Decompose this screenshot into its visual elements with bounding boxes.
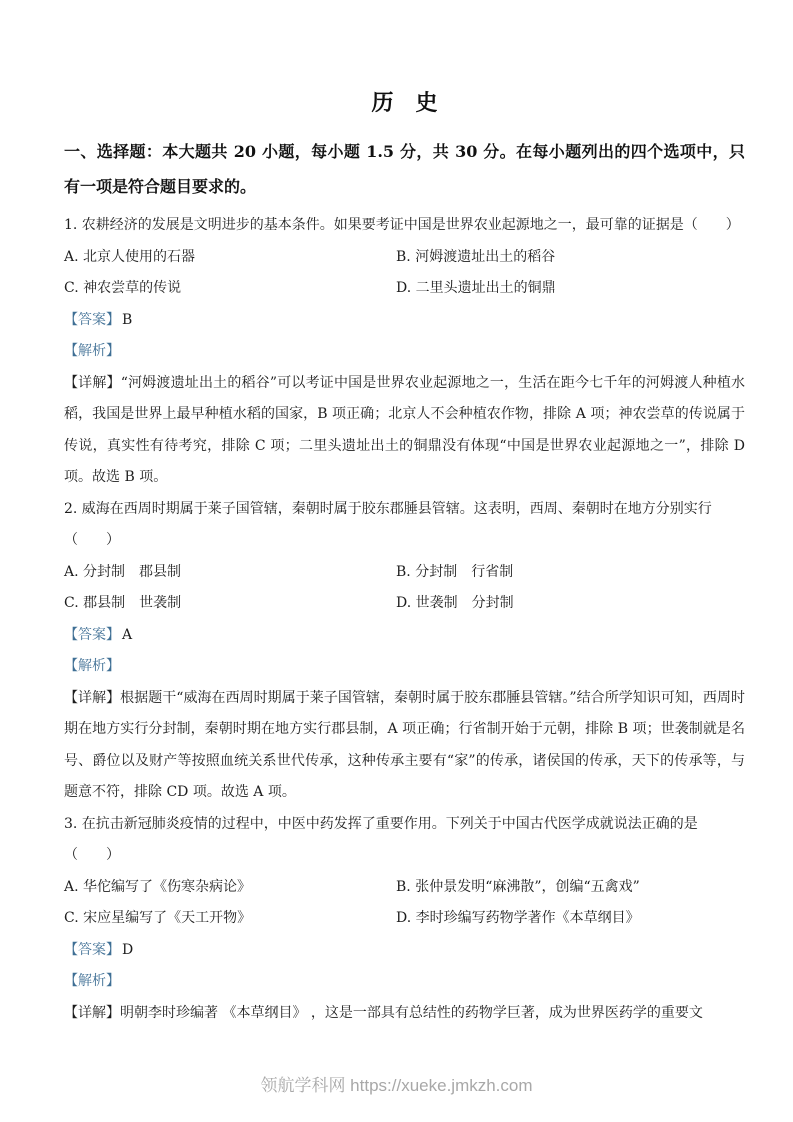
question-1: 1. 农耕经济的发展是文明进步的基本条件。如果要考证中国是世界农业起源地之一，最… [64, 210, 745, 494]
question-2: 2. 威海在西周时期属于莱子国管辖，秦朝时属于胶东郡腄县管辖。这表明，西周、秦朝… [64, 494, 745, 809]
question-3-option-a: A. 华佗编写了《伤寒杂病论》 [64, 872, 396, 904]
question-2-analysis-line: 【解析】 [64, 651, 745, 683]
detail-label: 【详解】 [64, 1005, 120, 1021]
question-3: 3. 在抗击新冠肺炎疫情的过程中，中医中药发挥了重要作用。下列关于中国古代医学成… [64, 809, 745, 1030]
question-1-detail: 【详解】“河姆渡遗址出土的稻谷”可以考证中国是世界农业起源地之一，生活在距今七千… [64, 368, 745, 494]
detail-label: 【详解】 [64, 375, 121, 391]
question-2-options-row-1: A. 分封制 郡县制 B. 分封制 行省制 [64, 557, 745, 589]
section-header: 一、选择题：本大题共 20 小题，每小题 1.5 分，共 30 分。在每小题列出… [64, 134, 745, 204]
question-1-stem: 1. 农耕经济的发展是文明进步的基本条件。如果要考证中国是世界农业起源地之一，最… [64, 210, 745, 242]
question-1-options-row-1: A. 北京人使用的石器 B. 河姆渡遗址出土的稻谷 [64, 242, 745, 274]
question-3-option-b: B. 张仲景发明“麻沸散”，创编“五禽戏” [396, 872, 745, 904]
question-1-answer-value: B [120, 312, 132, 328]
question-3-options-row-1: A. 华佗编写了《伤寒杂病论》 B. 张仲景发明“麻沸散”，创编“五禽戏” [64, 872, 745, 904]
question-2-option-a: A. 分封制 郡县制 [64, 557, 396, 589]
question-1-option-b: B. 河姆渡遗址出土的稻谷 [396, 242, 745, 274]
question-3-answer-line: 【答案】D [64, 935, 745, 967]
question-1-option-c: C. 神农尝草的传说 [64, 273, 396, 305]
question-1-analysis-line: 【解析】 [64, 336, 745, 368]
document-page: 历 史 一、选择题：本大题共 20 小题，每小题 1.5 分，共 30 分。在每… [0, 0, 793, 1122]
watermark: 领航学科网 https://xueke.jmkzh.com [0, 1071, 793, 1096]
question-2-detail-text: 根据题干“威海在西周时期属于莱子国管辖，秦朝时属于胶东郡腄县管辖。”结合所学知识… [64, 690, 745, 801]
answer-label: 【答案】 [64, 627, 120, 643]
question-3-analysis-line: 【解析】 [64, 966, 745, 998]
answer-label: 【答案】 [64, 312, 120, 328]
question-2-answer-value: A [120, 627, 132, 643]
question-2-answer-line: 【答案】A [64, 620, 745, 652]
analysis-label: 【解析】 [64, 973, 120, 989]
question-1-options-row-2: C. 神农尝草的传说 D. 二里头遗址出土的铜鼎 [64, 273, 745, 305]
question-2-option-b: B. 分封制 行省制 [396, 557, 745, 589]
question-1-answer-line: 【答案】B [64, 305, 745, 337]
question-3-option-d: D. 李时珍编写药物学著作《本草纲目》 [396, 903, 745, 935]
answer-label: 【答案】 [64, 942, 120, 958]
question-3-stem: 3. 在抗击新冠肺炎疫情的过程中，中医中药发挥了重要作用。下列关于中国古代医学成… [64, 809, 745, 841]
question-3-stem-parens: （ ） [64, 840, 745, 872]
question-2-option-c: C. 郡县制 世袭制 [64, 588, 396, 620]
question-2-stem-parens: （ ） [64, 525, 745, 557]
question-2-stem: 2. 威海在西周时期属于莱子国管辖，秦朝时属于胶东郡腄县管辖。这表明，西周、秦朝… [64, 494, 745, 526]
page-title: 历 史 [64, 86, 745, 120]
question-3-options-row-2: C. 宋应星编写了《天工开物》 D. 李时珍编写药物学著作《本草纲目》 [64, 903, 745, 935]
question-2-options-row-2: C. 郡县制 世袭制 D. 世袭制 分封制 [64, 588, 745, 620]
question-1-detail-text: “河姆渡遗址出土的稻谷”可以考证中国是世界农业起源地之一，生活在距今七千年的河姆… [64, 375, 745, 486]
question-1-option-d: D. 二里头遗址出土的铜鼎 [396, 273, 745, 305]
analysis-label: 【解析】 [64, 658, 120, 674]
question-3-option-c: C. 宋应星编写了《天工开物》 [64, 903, 396, 935]
question-3-answer-value: D [120, 942, 133, 958]
question-3-detail-text: 明朝李时珍编著 《本草纲目》 ，这是一部具有总结性的药物学巨著，成为世界医药学的… [120, 1005, 703, 1021]
question-2-detail: 【详解】根据题干“威海在西周时期属于莱子国管辖，秦朝时属于胶东郡腄县管辖。”结合… [64, 683, 745, 809]
question-3-detail: 【详解】明朝李时珍编著 《本草纲目》 ，这是一部具有总结性的药物学巨著，成为世界… [64, 998, 745, 1030]
analysis-label: 【解析】 [64, 343, 120, 359]
question-1-option-a: A. 北京人使用的石器 [64, 242, 396, 274]
detail-label: 【详解】 [64, 690, 120, 706]
question-2-option-d: D. 世袭制 分封制 [396, 588, 745, 620]
